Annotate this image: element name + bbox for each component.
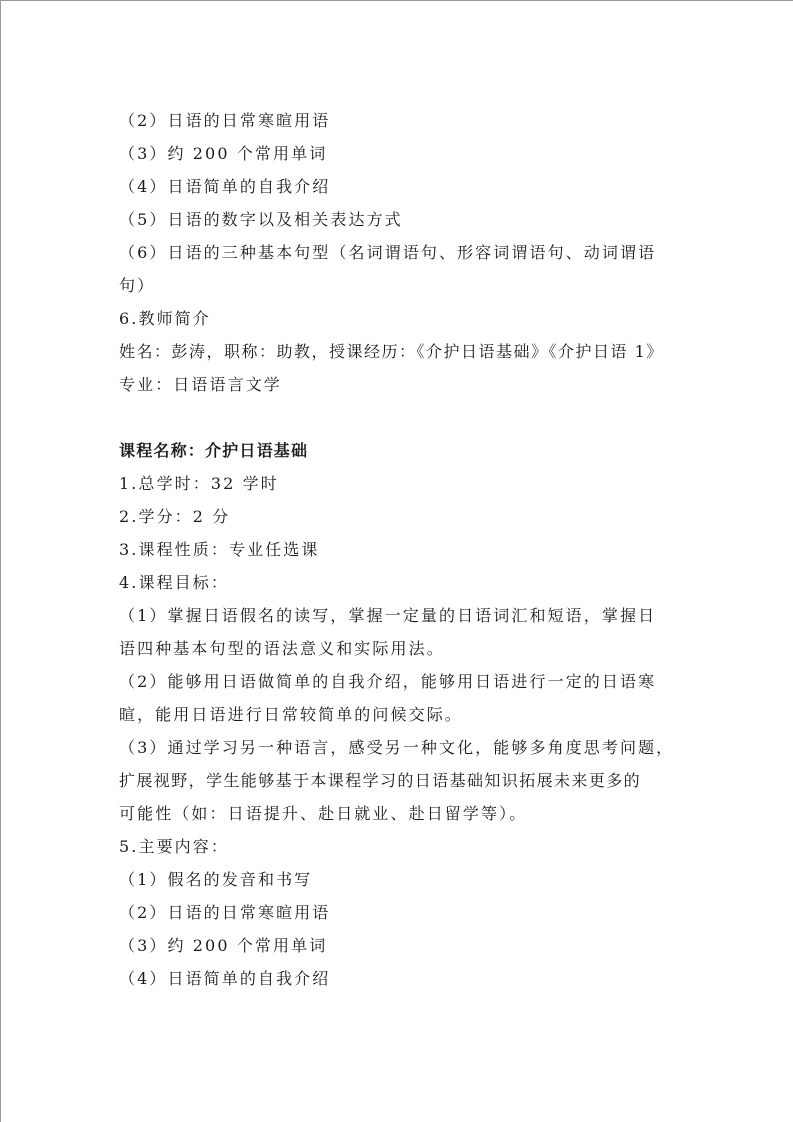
- content-item: （3）约 200 个常用单词: [119, 929, 679, 962]
- course-objectives-list: （1）掌握日语假名的读写，掌握一定量的日语词汇和短语，掌握日 语四种基本句型的语…: [119, 599, 679, 830]
- content-item: （2）日语的日常寒暄用语: [119, 104, 679, 137]
- course-credits: 2.学分：2 分: [119, 500, 679, 533]
- page-border-top: [0, 0, 793, 1]
- objective-line: 扩展视野，学生能够基于本课程学习的日语基础知识拓展未来更多的: [119, 764, 679, 797]
- teacher-heading: 6.教师简介: [119, 302, 679, 335]
- objective-line: 可能性（如：日语提升、赴日就业、赴日留学等）。: [119, 797, 679, 830]
- objective-line: 暄，能用日语进行日常较简单的问候交际。: [119, 698, 679, 731]
- objective-line: （3）通过学习另一种语言，感受另一种文化，能够多角度思考问题，: [119, 731, 679, 764]
- content-item: （4）日语简单的自我介绍: [119, 170, 679, 203]
- course-content-list: （1）假名的发音和书写 （2）日语的日常寒暄用语 （3）约 200 个常用单词 …: [119, 863, 679, 995]
- content-item-6-line-2: 句）: [119, 269, 679, 302]
- section-spacer: [119, 401, 679, 434]
- course-title: 课程名称：介护日语基础: [119, 434, 679, 467]
- objective-item: （1）掌握日语假名的读写，掌握一定量的日语词汇和短语，掌握日 语四种基本句型的语…: [119, 599, 679, 665]
- course-total-hours: 1.总学时：32 学时: [119, 467, 679, 500]
- course-objectives-heading: 4.课程目标：: [119, 566, 679, 599]
- objective-line: （2）能够用日语做简单的自我介绍，能够用日语进行一定的日语寒: [119, 665, 679, 698]
- page-border-left: [0, 0, 1, 1122]
- document-body: （2）日语的日常寒暄用语 （3）约 200 个常用单词 （4）日语简单的自我介绍…: [119, 104, 679, 995]
- teacher-info: 姓名：彭涛，职称：助教，授课经历：《介护日语基础》《介护日语 1》: [119, 335, 679, 368]
- objective-item: （3）通过学习另一种语言，感受另一种文化，能够多角度思考问题， 扩展视野，学生能…: [119, 731, 679, 830]
- previous-course-content-list: （2）日语的日常寒暄用语 （3）约 200 个常用单词 （4）日语简单的自我介绍…: [119, 104, 679, 302]
- course-nature: 3.课程性质：专业任选课: [119, 533, 679, 566]
- content-item: （2）日语的日常寒暄用语: [119, 896, 679, 929]
- content-item: （1）假名的发音和书写: [119, 863, 679, 896]
- content-item: （3）约 200 个常用单词: [119, 137, 679, 170]
- objective-line: 语四种基本句型的语法意义和实际用法。: [119, 632, 679, 665]
- course-section: 课程名称：介护日语基础 1.总学时：32 学时 2.学分：2 分 3.课程性质：…: [119, 434, 679, 995]
- content-item: （5）日语的数字以及相关表达方式: [119, 203, 679, 236]
- content-item: （4）日语简单的自我介绍: [119, 962, 679, 995]
- content-item-6-line-1: （6）日语的三种基本句型（名词谓语句、形容词谓语句、动词谓语: [119, 236, 679, 269]
- teacher-major: 专业：日语语言文学: [119, 368, 679, 401]
- objective-item: （2）能够用日语做简单的自我介绍，能够用日语进行一定的日语寒 暄，能用日语进行日…: [119, 665, 679, 731]
- course-content-heading: 5.主要内容：: [119, 830, 679, 863]
- objective-line: （1）掌握日语假名的读写，掌握一定量的日语词汇和短语，掌握日: [119, 599, 679, 632]
- teacher-section: 6.教师简介 姓名：彭涛，职称：助教，授课经历：《介护日语基础》《介护日语 1》…: [119, 302, 679, 401]
